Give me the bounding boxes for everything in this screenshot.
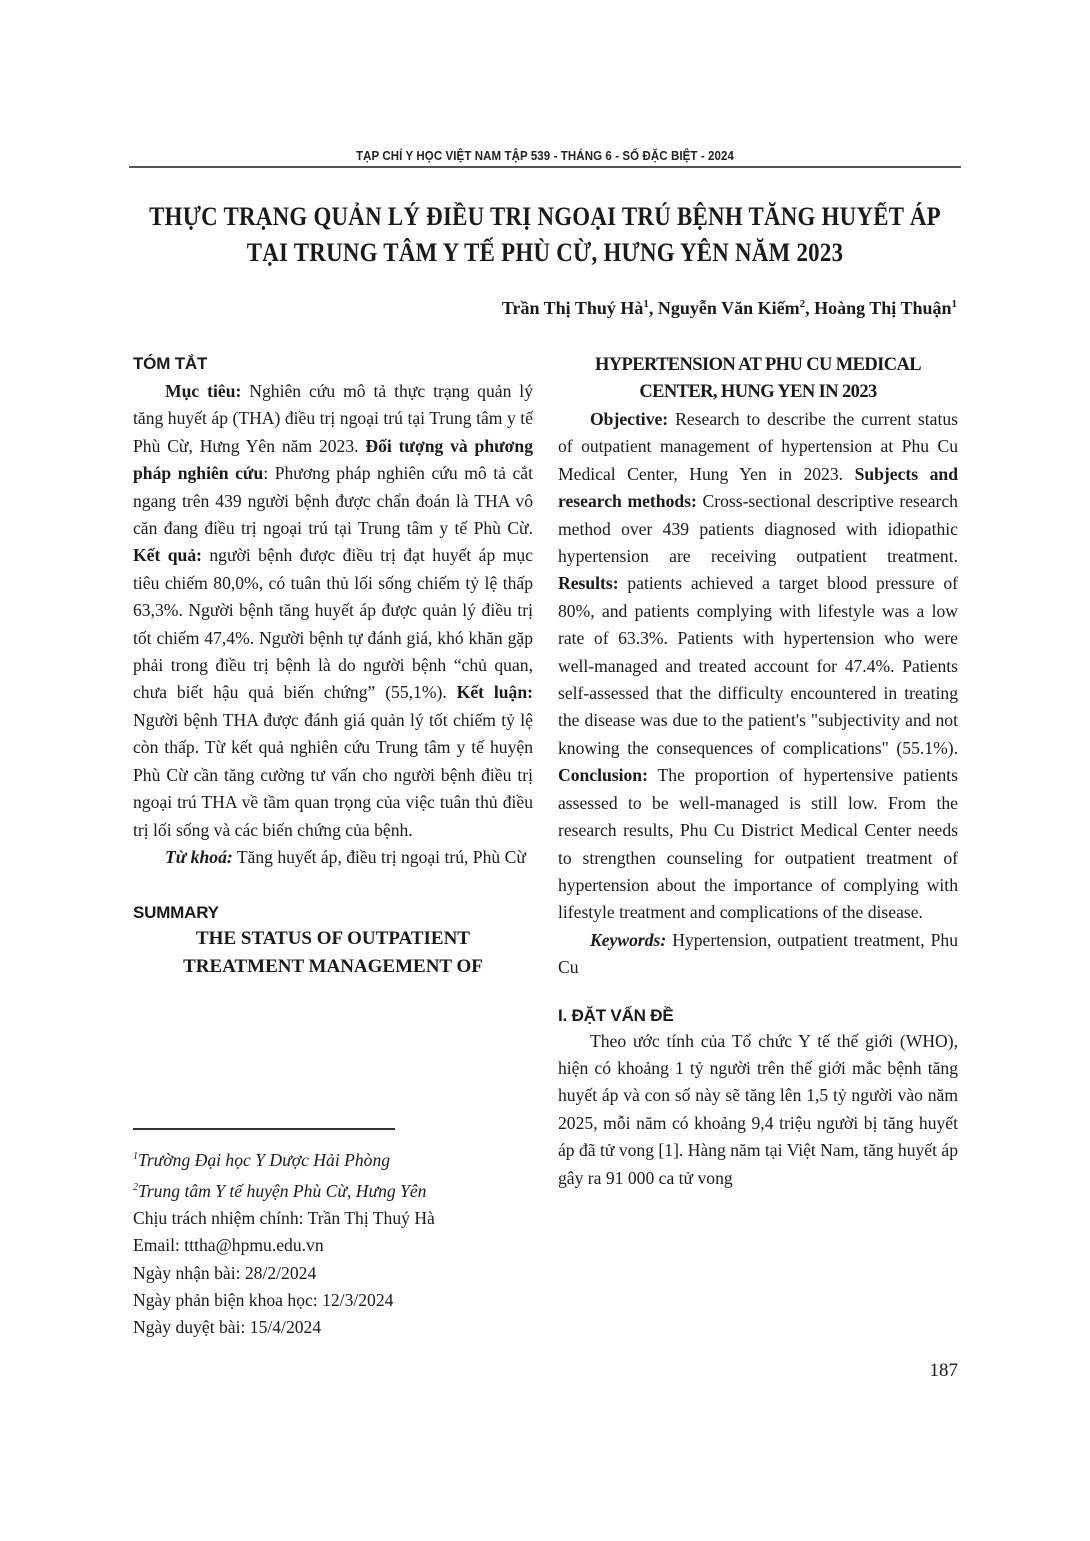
keywords-vi: Từ khoá: Tăng huyết áp, điều trị ngoại t… xyxy=(133,844,533,871)
results-label: Kết quả: xyxy=(133,545,202,565)
left-column: TÓM TẮT Mục tiêu: Nghiên cứu mô tả thực … xyxy=(133,352,533,980)
page-number: 187 xyxy=(920,1360,958,1382)
conclusion-label: Conclusion: xyxy=(558,765,648,785)
conclusion-label: Kết luận: xyxy=(457,682,533,702)
received-date: Ngày nhận bài: 28/2/2024 xyxy=(133,1260,533,1287)
title-line-1: THỰC TRẠNG QUẢN LÝ ĐIỀU TRỊ NGOẠI TRÚ BỆ… xyxy=(118,199,972,235)
author-separator: , xyxy=(805,298,814,318)
section-1-heading: I. ĐẶT VẤN ĐỀ xyxy=(558,1004,958,1028)
english-title-line-3: HYPERTENSION AT PHU CU MEDICAL xyxy=(595,355,921,375)
objective-label: Mục tiêu: xyxy=(165,381,241,401)
footnotes: 1Trường Đại học Y Dược Hải Phòng 2Trung … xyxy=(133,1143,533,1341)
summary-heading: SUMMARY xyxy=(133,901,533,925)
affiliation-text: Trung tâm Y tế huyện Phù Cừ, Hưng Yên xyxy=(138,1181,426,1201)
keywords-label: Keywords: xyxy=(590,930,666,950)
abstract-vi-heading: TÓM TẮT xyxy=(133,352,533,376)
english-title-line-4: CENTER, HUNG YEN IN 2023 xyxy=(639,382,876,402)
english-title-line-1: THE STATUS OF OUTPATIENT xyxy=(196,928,470,949)
abstract-en-body: Objective: Research to describe the curr… xyxy=(558,406,958,927)
affiliation-1: 1Trường Đại học Y Dược Hải Phòng xyxy=(133,1143,533,1174)
header-rule xyxy=(129,166,961,168)
author-separator: , xyxy=(649,298,658,318)
objective-label: Objective: xyxy=(590,409,668,429)
author-name: Hoàng Thị Thuận xyxy=(814,298,951,318)
author-list: Trần Thị Thuý Hà1, Nguyễn Văn Kiếm2, Hoà… xyxy=(502,298,957,319)
keywords-text: Tăng huyết áp, điều trị ngoại trú, Phù C… xyxy=(233,847,526,867)
article-title: THỰC TRẠNG QUẢN LÝ ĐIỀU TRỊ NGOẠI TRÚ BỆ… xyxy=(118,199,972,271)
author-name: Nguyễn Văn Kiếm xyxy=(658,298,800,318)
results-label: Results: xyxy=(558,573,619,593)
affiliation-2: 2Trung tâm Y tế huyện Phù Cừ, Hưng Yên xyxy=(133,1174,533,1205)
review-date: Ngày phản biện khoa học: 12/3/2024 xyxy=(133,1287,533,1314)
right-column: HYPERTENSION AT PHU CU MEDICAL CENTER, H… xyxy=(558,352,958,1192)
english-title-line-2: TREATMENT MANAGEMENT OF xyxy=(183,956,483,977)
section-1-body: Theo ước tính của Tổ chức Y tế thế giới … xyxy=(558,1028,958,1192)
english-title-part-1: THE STATUS OF OUTPATIENT TREATMENT MANAG… xyxy=(133,925,533,980)
author-name: Trần Thị Thuý Hà xyxy=(502,298,644,318)
accepted-date: Ngày duyệt bài: 15/4/2024 xyxy=(133,1314,533,1341)
corresponding-author: Chịu trách nhiệm chính: Trần Thị Thuý Hà xyxy=(133,1205,533,1232)
english-title-part-2: HYPERTENSION AT PHU CU MEDICAL CENTER, H… xyxy=(558,352,958,406)
abstract-vi-body: Mục tiêu: Nghiên cứu mô tả thực trạng qu… xyxy=(133,378,533,844)
email-line[interactable]: Email: tttha@hpmu.edu.vn xyxy=(133,1232,533,1259)
keywords-label: Từ khoá: xyxy=(165,847,233,867)
footnote-rule xyxy=(133,1128,395,1130)
results-text: người bệnh được điều trị đạt huyết áp mụ… xyxy=(133,545,533,702)
conclusion-text: The proportion of hypertensive patients … xyxy=(558,765,958,922)
affiliation-text: Trường Đại học Y Dược Hải Phòng xyxy=(138,1150,390,1170)
results-text: patients achieved a target blood pressur… xyxy=(558,573,958,757)
title-line-2: TẠI TRUNG TÂM Y TẾ PHÙ CỪ, HƯNG YÊN NĂM … xyxy=(118,235,972,271)
running-header: TẠP CHÍ Y HỌC VIỆT NAM TẬP 539 - THÁNG 6… xyxy=(162,149,927,163)
conclusion-text: Người bệnh THA được đánh giá quản lý tốt… xyxy=(133,710,533,840)
keywords-en: Keywords: Hypertension, outpatient treat… xyxy=(558,927,958,982)
author-affiliation-mark: 1 xyxy=(952,298,958,310)
